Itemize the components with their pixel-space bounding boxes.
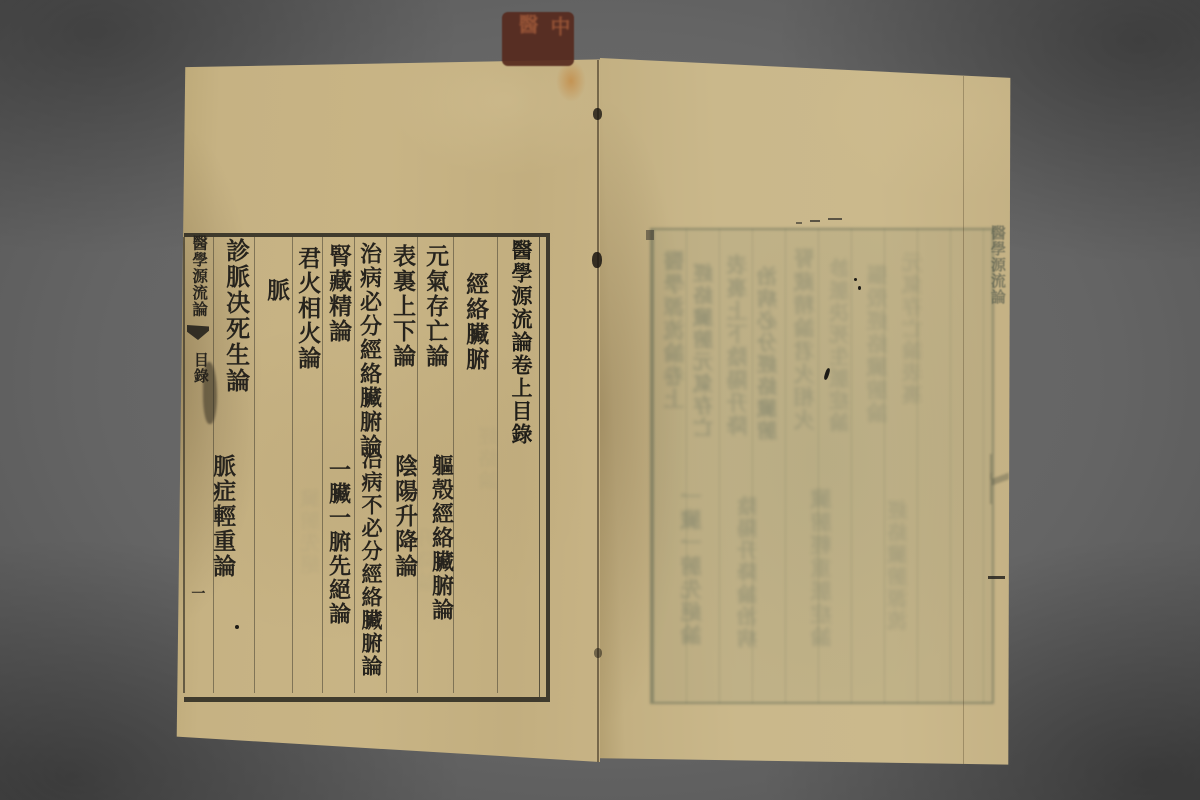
bleedthrough-text-column: 治病必分經絡臟腑 <box>760 266 781 442</box>
bleedthrough-smudge: 升降論 <box>413 528 442 594</box>
toc-entry: 一臟一腑先絕論 <box>327 458 350 626</box>
bleedthrough-text-column: 經絡臟腑源流 <box>890 500 911 632</box>
toc-entry: 治病不必分經絡臟腑論 <box>360 448 382 678</box>
ink-speck <box>854 278 857 281</box>
smudge-dash <box>810 220 820 222</box>
column-rule <box>354 237 355 693</box>
bleedthrough-text-column: 臟腑輕重脈症論 <box>811 488 833 649</box>
toc-volume-title: 醫學源流論卷上目錄 <box>510 239 532 446</box>
photo-of-open-book: 醫學源流論卷上目錄 經絡臟腑 元氣存亡論 表裏上下論 治病必分經絡臟腑論 腎藏精… <box>0 0 1200 800</box>
bleedthrough-text-column: 軀殼經絡臟腑論 <box>867 264 889 425</box>
column-rule <box>386 237 387 693</box>
fore-edge-page-number-mark <box>988 576 1005 579</box>
column-rule <box>254 237 255 693</box>
toc-entry: 診脈决死生論 <box>221 238 246 394</box>
stitch-hole <box>592 252 602 268</box>
column-rule <box>417 237 418 693</box>
ink-speck <box>235 625 239 629</box>
fore-edge-fishtail-ghost <box>990 454 1009 504</box>
smudge-dash <box>828 218 842 220</box>
toc-entry: 君火相火論 <box>295 246 319 371</box>
bleedthrough-text-column: 腎藏精論君火相火 <box>794 248 816 432</box>
smudge-dash <box>796 222 802 224</box>
bleedthrough-text-column: 經絡臟腑元氣存亡 <box>696 263 717 439</box>
seal-character: 醫 <box>512 14 541 34</box>
fore-edge-fold-line <box>963 76 964 764</box>
stitch-hole <box>594 648 602 658</box>
column-rule <box>292 237 293 693</box>
smudge-mark <box>646 230 654 240</box>
bleedthrough-text-column: 醫學源流論卷上 <box>664 250 686 411</box>
toc-entry: 腎藏精論 <box>326 244 350 344</box>
bleedthrough-smudge: 經絡論 <box>476 426 505 492</box>
section-header-jingluo-zangfu: 經絡臟腑 <box>463 272 487 372</box>
fore-edge-banxin-title: 醫學源流論 <box>988 225 1004 305</box>
column-rule <box>322 237 323 693</box>
bleedthrough-smudge: 臟腑先絕 <box>298 488 327 576</box>
collection-seal: 中 醫 <box>502 12 574 66</box>
right-page: 醫學源流論卷上 經絡臟腑元氣存亡 表裏上下陰陽升降 治病必分經絡臟腑 腎藏精論君… <box>600 58 1012 766</box>
left-page: 醫學源流論卷上目錄 經絡臟腑 元氣存亡論 表裏上下論 治病必分經絡臟腑論 腎藏精… <box>172 58 600 762</box>
seal-character: 中 <box>544 16 573 36</box>
frame-inner-line <box>539 237 540 697</box>
stitch-hole <box>593 108 602 120</box>
toc-entry: 脈症輕重論 <box>210 454 234 579</box>
orange-stain <box>556 60 586 102</box>
toc-entry: 治病必分經絡臟腑論 <box>358 242 381 458</box>
banxin-page-number: 一 <box>189 586 204 601</box>
bleedthrough-text-column: 一臟一腑先絕論 <box>681 486 703 647</box>
bleedthrough-text-column: 診脈决死生脈症論 <box>832 258 853 434</box>
banxin-book-title: 醫學源流論 <box>190 235 206 318</box>
column-rule <box>183 237 185 693</box>
bleedthrough-text-column: 表裏上下陰陽升降 <box>727 254 749 438</box>
toc-entry: 表裏上下論 <box>390 244 414 369</box>
bleedthrough-text-column: 元氣存亡論表裏 <box>905 252 926 406</box>
ink-speck <box>858 286 861 290</box>
section-header-mai: 脈 <box>264 278 288 303</box>
bleedthrough-text-column: 陰陽升降論治病 <box>740 496 761 650</box>
toc-entry: 元氣存亡論 <box>423 244 447 369</box>
